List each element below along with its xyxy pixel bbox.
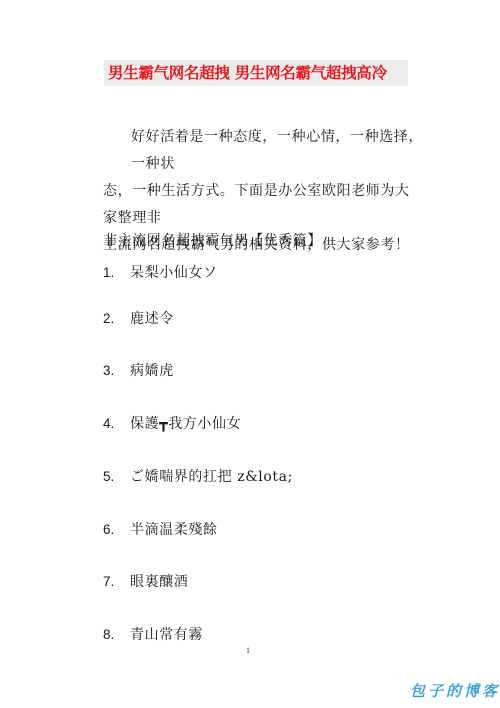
page-number: 1 [246, 646, 250, 655]
list-item-number: 4. [103, 413, 130, 435]
list-item: 7.眼裏釀酒 [103, 571, 188, 593]
list-item: 4.保護┳我方小仙女 [103, 413, 241, 435]
list-item-text: 保護┳我方小仙女 [130, 416, 241, 432]
list-item-text: 青山常有霧 [130, 627, 203, 643]
list-item: 8.青山常有霧 [103, 624, 203, 646]
document-page: 男生霸气网名超拽 男生网名霸气超拽高冷 好好活着是一种态度，一种心情，一种选择，… [0, 0, 500, 708]
list-item: 3.病嬌虎 [103, 360, 174, 382]
list-item-number: 7. [103, 571, 130, 593]
list-item-text: 鹿述令 [130, 311, 174, 327]
list-item-text: 呆梨小仙女ソ [130, 265, 218, 281]
list-item: 6.半滴温柔殘餘 [103, 519, 218, 541]
list-item-text: 病嬌虎 [130, 363, 174, 379]
intro-line: 态，一种生活方式。下面是办公室欧阳老师为大家整理非 [103, 178, 423, 232]
section-heading: 非主流网名超拽霸气男【优秀篇】 [103, 230, 322, 252]
list-item: 5.ご嬌喘界的扛把 z&lota; [103, 466, 293, 488]
list-item-text: 半滴温柔殘餘 [130, 522, 218, 538]
list-item-number: 5. [103, 466, 130, 488]
list-item-number: 6. [103, 519, 130, 541]
list-item-number: 2. [103, 308, 130, 330]
list-item-number: 3. [103, 360, 130, 382]
list-item-number: 1. [103, 262, 130, 284]
intro-line: 好好活着是一种态度，一种心情，一种选择，一种状 [103, 124, 423, 178]
list-item: 1.呆梨小仙女ソ [103, 262, 218, 284]
list-item-number: 8. [103, 624, 130, 646]
list-item-text: 眼裏釀酒 [130, 574, 188, 590]
list-item: 2.鹿述令 [103, 308, 174, 330]
watermark-logo: 包子的博客 [410, 680, 500, 701]
page-title: 男生霸气网名超拽 男生网名霸气超拽高冷 [108, 63, 408, 83]
list-item-text: ご嬌喘界的扛把 z&lota; [130, 469, 293, 485]
